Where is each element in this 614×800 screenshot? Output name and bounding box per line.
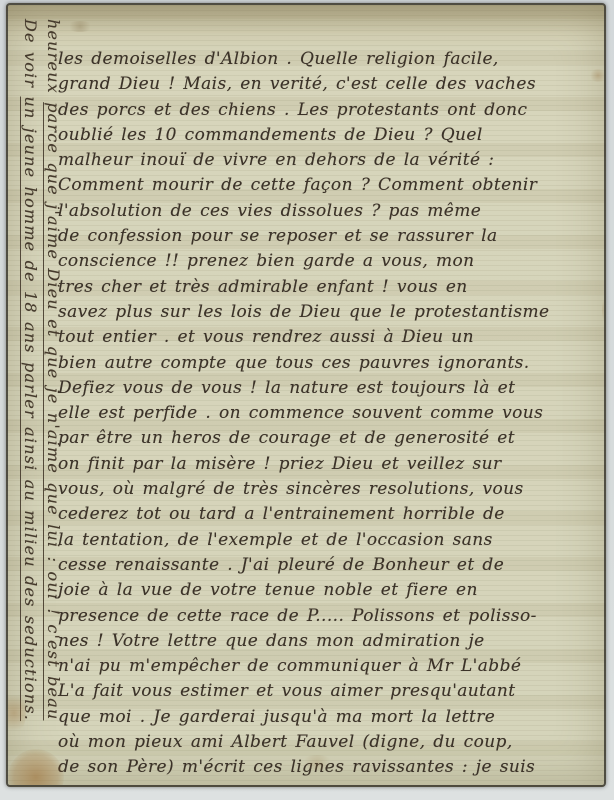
- foxing-stain-right-edge: [602, 293, 606, 327]
- margin-line-outer: De voir un jeune homme de 18 ans parler …: [19, 19, 42, 787]
- photo-background: heureux parce que j'aime Dieu et que je …: [0, 0, 614, 800]
- letter-line: que moi . Je garderai jusqu'à ma mort la…: [58, 705, 600, 730]
- letter-line: des porcs et des chiens . Les protestant…: [58, 98, 600, 123]
- letter-line: par être un heros de courage et de gener…: [58, 426, 600, 451]
- letter-line: tres cher et très admirable enfant ! vou…: [58, 275, 600, 300]
- letter-line: presence de cette race de P..... Polisso…: [58, 604, 600, 629]
- margin-line2-start: De voir: [21, 19, 40, 97]
- letter-line: elle est perfide . on commence souvent c…: [58, 401, 600, 426]
- letter-line: savez plus sur les lois de Dieu que le p…: [58, 300, 600, 325]
- letter-line: conscience !! prenez bien garde a vous, …: [58, 249, 600, 274]
- letter-line: cesse renaissante . J'ai pleuré de Bonhe…: [58, 553, 600, 578]
- letter-line: Defiez vous de vous ! la nature est touj…: [58, 376, 600, 401]
- letter-line: joie à la vue de votre tenue noble et fi…: [58, 578, 600, 603]
- letter-line: de son Père) m'écrit ces lignes ravissan…: [58, 755, 600, 780]
- smudge-top-left: [66, 21, 94, 32]
- letter-line: Comment mourir de cette façon ? Comment …: [58, 173, 600, 198]
- letter-line: n'ai pu m'empêcher de communiquer à Mr L…: [58, 654, 600, 679]
- letter-line: l'absolution de ces vies dissolues ? pas…: [58, 199, 600, 224]
- margin-line2-underlined: un jeune homme de 18 ans parler ainsi au…: [21, 97, 40, 722]
- letter-line: grand Dieu ! Mais, en verité, c'est cell…: [58, 72, 600, 97]
- letter-line: vous, où malgré de très sincères resolut…: [58, 477, 600, 502]
- letter-line: bien autre compte que tous ces pauvres i…: [58, 351, 600, 376]
- letter-line: où mon pieux ami Albert Fauvel (digne, d…: [58, 730, 600, 755]
- letter-page: heureux parce que j'aime Dieu et que je …: [6, 3, 606, 787]
- letter-line: la tentation, de l'exemple et de l'occas…: [58, 528, 600, 553]
- letter-line: malheur inouï de vivre en dehors de la v…: [58, 148, 600, 173]
- letter-line: les demoiselles d'Albion . Quelle religi…: [58, 47, 600, 72]
- letter-line: on finit par la misère ! priez Dieu et v…: [58, 452, 600, 477]
- letter-body: les demoiselles d'Albion . Quelle religi…: [58, 47, 600, 781]
- letter-line: de confession pour se reposer et se rass…: [58, 224, 600, 249]
- letter-line: tout entier . et vous rendrez aussi à Di…: [58, 325, 600, 350]
- letter-line: cederez tot ou tard a l'entrainement hor…: [58, 502, 600, 527]
- letter-line: oublié les 10 commandements de Dieu ? Qu…: [58, 123, 600, 148]
- letter-line: nes ! Votre lettre que dans mon admirati…: [58, 629, 600, 654]
- letter-line: L'a fait vous estimer et vous aimer pres…: [58, 679, 600, 704]
